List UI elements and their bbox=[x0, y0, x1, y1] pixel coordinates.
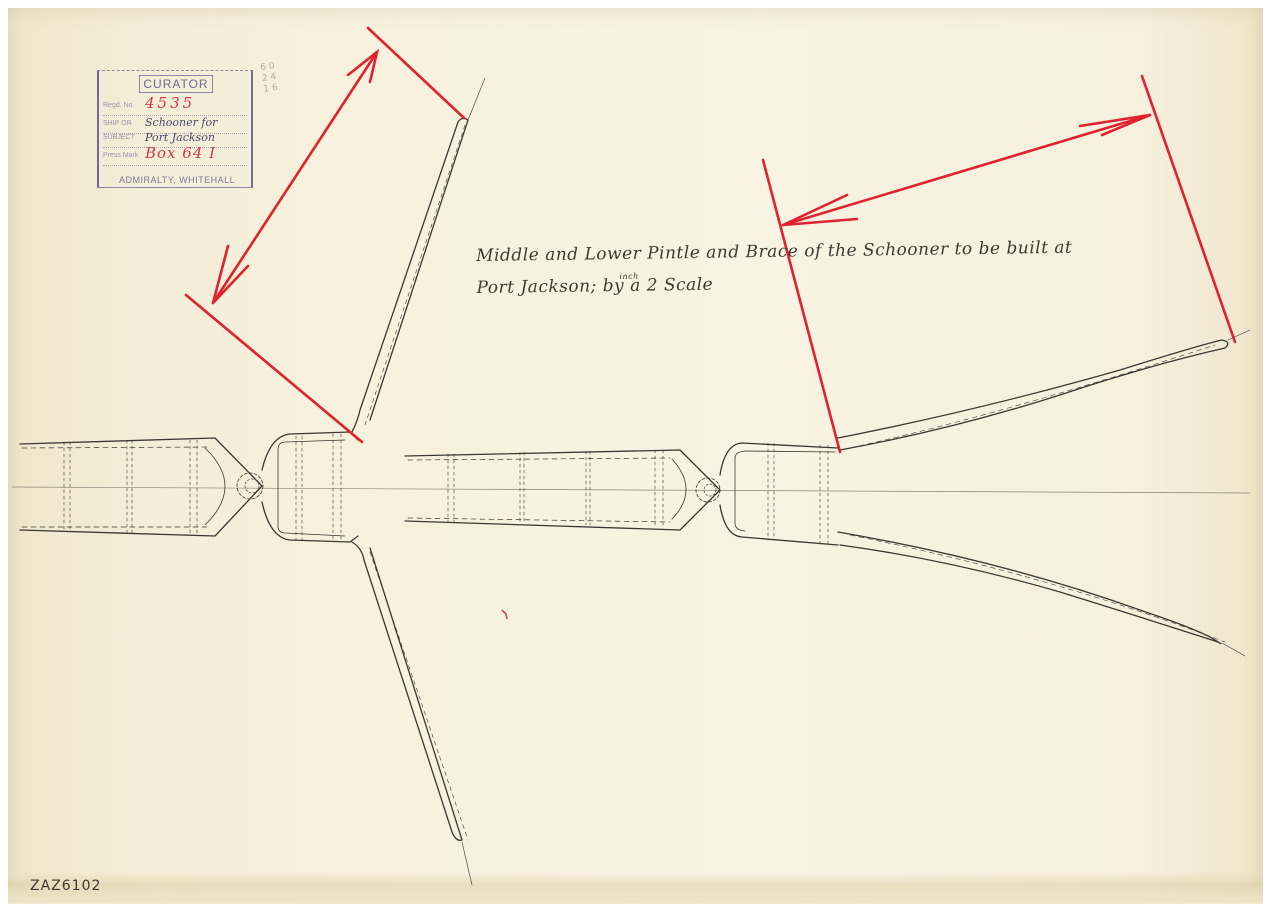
stamp-label: SUBJECT bbox=[103, 129, 135, 147]
stamp-value-press-mark: Box 64 I bbox=[145, 144, 216, 162]
caption-superscript: inch bbox=[619, 272, 638, 281]
stamp-row-press-mark: Press Mark Box 64 I bbox=[103, 147, 247, 166]
stamp-title: CURATOR bbox=[139, 75, 213, 93]
stamp-label: Regd. No. bbox=[103, 97, 135, 115]
stamp-value-ship: Schooner for bbox=[145, 117, 217, 128]
drawing-caption: Middle and Lower Pintle and Brace of the… bbox=[476, 235, 1237, 310]
red-ink-speck bbox=[502, 610, 507, 619]
curator-stamp: CURATOR Regd. No. 4535 SHIP OR Schooner … bbox=[97, 70, 253, 188]
stamp-label: Press Mark bbox=[103, 147, 138, 165]
stamp-row-regd: Regd. No. 4535 bbox=[103, 97, 247, 116]
stamp-footer: ADMIRALTY, WHITEHALL bbox=[119, 175, 235, 185]
stamp-value-subject: Port Jackson bbox=[145, 132, 215, 143]
pencil-note: 1 6 bbox=[263, 83, 279, 96]
catalog-id: ZAZ6102 bbox=[30, 878, 101, 894]
stamp-value-regd-number: 4535 bbox=[145, 94, 195, 112]
